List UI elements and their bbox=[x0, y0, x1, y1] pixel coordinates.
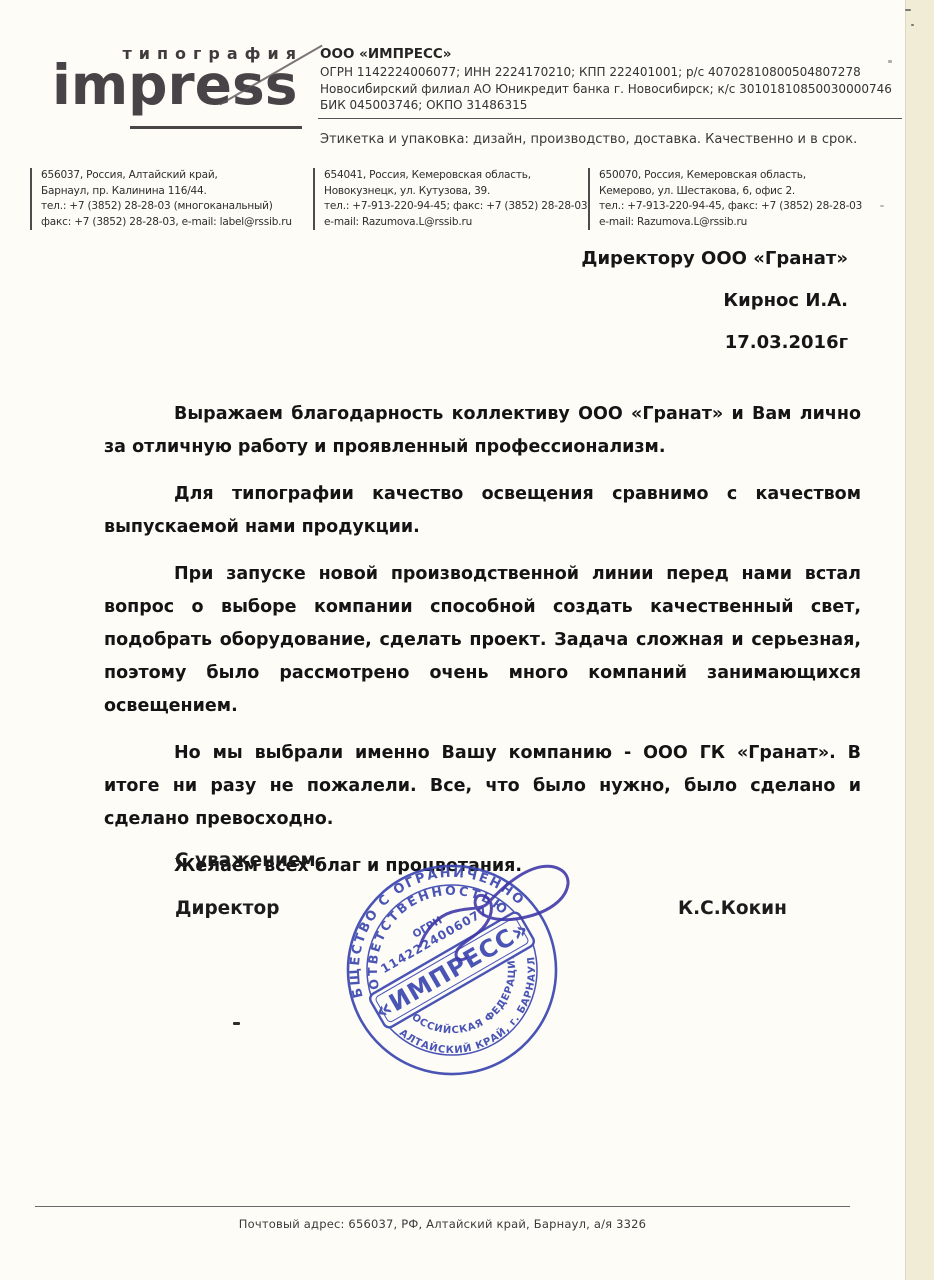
header-divider bbox=[318, 118, 902, 119]
pen-dash-mark bbox=[233, 1022, 240, 1025]
office-address-line: e-mail: Razumova.L@rssib.ru bbox=[324, 215, 592, 231]
office-address-line: Новокузнецк, ул. Кутузова, 39. bbox=[324, 184, 592, 200]
company-requisites: ООО «ИМПРЕСС» ОГРН 1142224006077; ИНН 22… bbox=[320, 46, 912, 114]
company-requisites-line: БИК 045003746; ОКПО 31486315 bbox=[320, 97, 912, 114]
office-kemerovo: 650070, Россия, Кемеровская область, Кем… bbox=[588, 168, 909, 230]
office-address-line: Барнаул, пр. Калинина 116/44. bbox=[41, 184, 319, 200]
company-tagline: Этикетка и упаковка: дизайн, производств… bbox=[320, 132, 857, 147]
stamp-svg: ОБЩЕСТВО С ОГРАНИЧЕННОЙ ОТВЕТСТВЕННОСТЬЮ… bbox=[322, 846, 622, 1086]
company-logo: типография impress bbox=[52, 44, 307, 111]
scan-edge-strip bbox=[905, 0, 934, 1280]
company-name: ООО «ИМПРЕСС» bbox=[320, 46, 912, 62]
office-address-line: тел.: +7 (3852) 28-28-03 (многоканальный… bbox=[41, 199, 319, 215]
office-address-line: 654041, Россия, Кемеровская область, bbox=[324, 168, 592, 184]
office-address-line: Кемерово, ул. Шестакова, 6, офис 2. bbox=[599, 184, 909, 200]
company-requisites-line: ОГРН 1142224006077; ИНН 2224170210; КПП … bbox=[320, 64, 912, 81]
recipient-name: Кирнос И.А. bbox=[581, 290, 848, 312]
scan-speck bbox=[911, 24, 914, 26]
office-novokuznetsk: 654041, Россия, Кемеровская область, Нов… bbox=[313, 168, 592, 230]
office-address-line: тел.: +7-913-220-94-45, факс: +7 (3852) … bbox=[599, 199, 909, 215]
office-address-line: 650070, Россия, Кемеровская область, bbox=[599, 168, 909, 184]
scanned-letter-page: типография impress ООО «ИМПРЕСС» ОГРН 11… bbox=[0, 0, 934, 1280]
letter-body: Выражаем благодарность коллективу ООО «Г… bbox=[104, 398, 861, 897]
company-stamp: ОБЩЕСТВО С ОГРАНИЧЕННОЙ ОТВЕТСТВЕННОСТЬЮ… bbox=[322, 846, 622, 1086]
letter-paragraph: Выражаем благодарность коллективу ООО «Г… bbox=[104, 398, 861, 464]
scan-speck bbox=[905, 9, 911, 11]
office-address-line: e-mail: Razumova.L@rssib.ru bbox=[599, 215, 909, 231]
footer-divider bbox=[35, 1206, 850, 1207]
office-address-line: тел.: +7-913-220-94-45; факс: +7 (3852) … bbox=[324, 199, 592, 215]
letter-paragraph: Для типографии качество освещения сравни… bbox=[104, 478, 861, 544]
office-address-line: факс: +7 (3852) 28-28-03, e-mail: label@… bbox=[41, 215, 319, 231]
letter-paragraph: Но мы выбрали именно Вашу компанию - ООО… bbox=[104, 737, 861, 836]
recipient-title: Директору ООО «Гранат» bbox=[581, 248, 848, 270]
letter-paragraph: При запуске новой производственной линии… bbox=[104, 558, 861, 723]
company-requisites-line: Новосибирский филиал АО Юникредит банка … bbox=[320, 81, 912, 98]
letter-date: 17.03.2016г bbox=[581, 332, 848, 354]
logo-underline bbox=[130, 126, 302, 129]
closing-salutation: С уважением, bbox=[175, 850, 323, 871]
recipient-block: Директору ООО «Гранат» Кирнос И.А. 17.03… bbox=[581, 248, 848, 374]
signer-position: Директор bbox=[175, 898, 279, 919]
logo-main-word: impress bbox=[52, 59, 307, 111]
office-barnaul: 656037, Россия, Алтайский край, Барнаул,… bbox=[30, 168, 319, 230]
office-address-line: 656037, Россия, Алтайский край, bbox=[41, 168, 319, 184]
signer-name: К.С.Кокин bbox=[678, 898, 787, 919]
postal-address: Почтовый адрес: 656037, РФ, Алтайский кр… bbox=[35, 1217, 850, 1231]
